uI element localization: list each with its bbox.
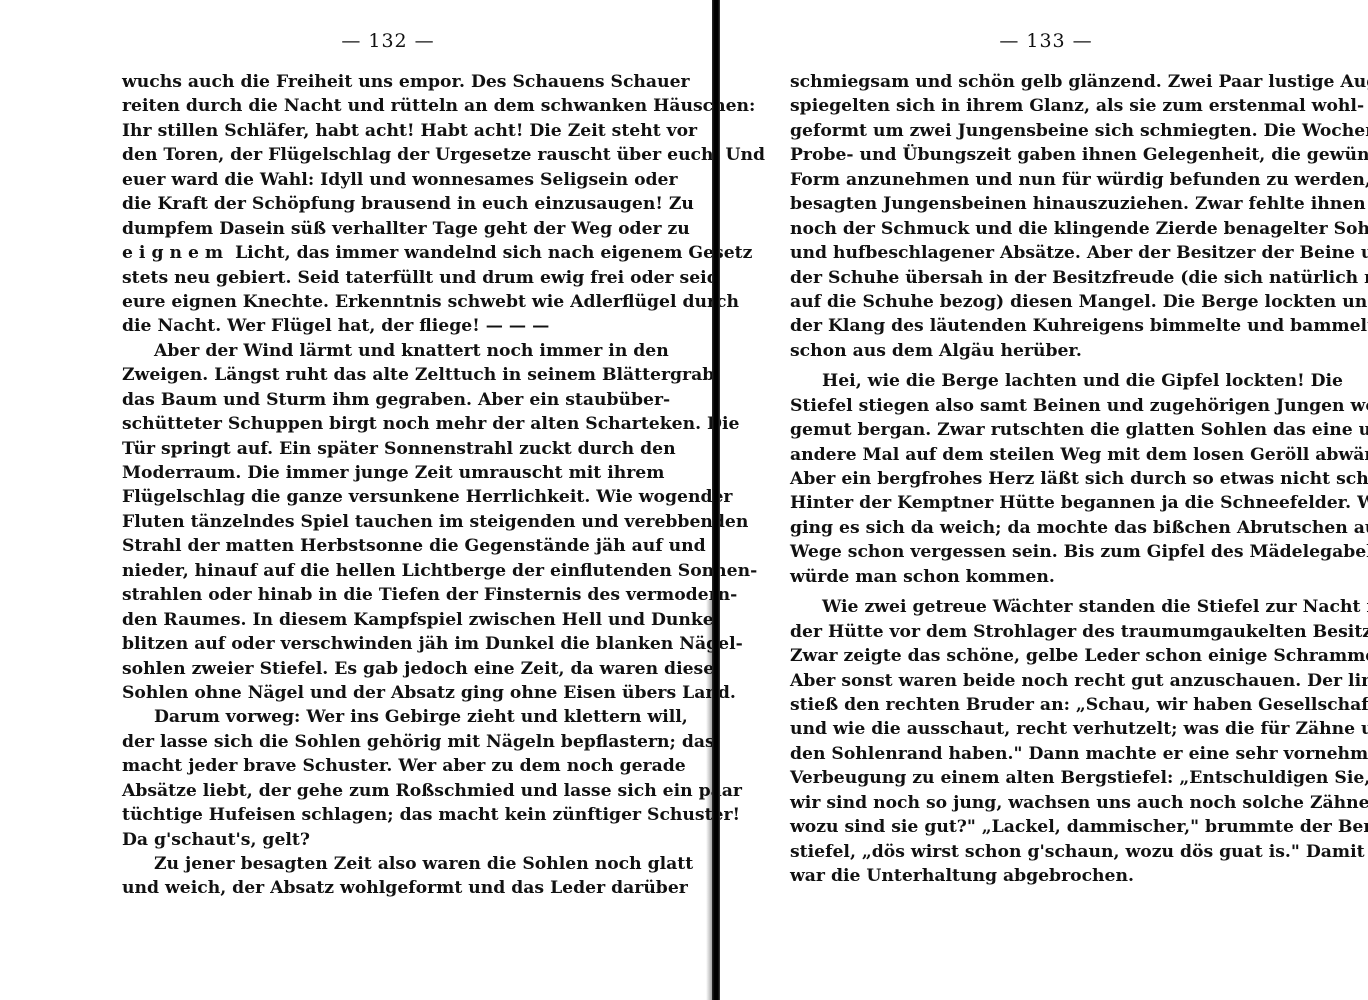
text-line: Aber der Wind lärmt und knattert noch im… bbox=[122, 339, 652, 363]
text-line: Moderraum. Die immer junge Zeit umrausch… bbox=[122, 461, 652, 485]
text-line: Strahl der matten Herbstsonne die Gegens… bbox=[122, 534, 652, 558]
text-line: gemut bergan. Zwar rutschten die glatten… bbox=[790, 418, 1324, 442]
text-line: andere Mal auf dem steilen Weg mit dem l… bbox=[790, 443, 1324, 467]
page-number-left: — 132 — bbox=[288, 30, 488, 52]
text-line: stiefel, „dös wirst schon g'schaun, wozu… bbox=[790, 840, 1324, 864]
text-line: Hinter der Kemptner Hütte begannen ja di… bbox=[790, 491, 1324, 515]
text-line: Absätze liebt, der gehe zum Roßschmied u… bbox=[122, 779, 652, 803]
text-line: Form anzunehmen und nun für würdig befun… bbox=[790, 168, 1324, 192]
text-line: schmiegsam und schön gelb glänzend. Zwei… bbox=[790, 70, 1324, 94]
text-line: dumpfem Dasein süß verhallter Tage geht … bbox=[122, 217, 652, 241]
right-page: — 133 — schmiegsam und schön gelb glänze… bbox=[722, 0, 1368, 1000]
text-line: den Sohlenrand haben." Dann machte er ei… bbox=[790, 742, 1324, 766]
emphasized-word: eignem bbox=[122, 243, 229, 263]
text-line: blitzen auf oder verschwinden jäh im Dun… bbox=[122, 632, 652, 656]
text-line: Ihr stillen Schläfer, habt acht! Habt ac… bbox=[122, 119, 652, 143]
book-spread: — 132 — wuchs auch die Freiheit uns empo… bbox=[0, 0, 1368, 1000]
text-line: Sohlen ohne Nägel und der Absatz ging oh… bbox=[122, 681, 652, 705]
text-line: tüchtige Hufeisen schlagen; das macht ke… bbox=[122, 803, 652, 827]
text-line: der Klang des läutenden Kuhreigens bimme… bbox=[790, 314, 1324, 338]
left-page: — 132 — wuchs auch die Freiheit uns empo… bbox=[0, 0, 712, 1000]
text-line: eignem Licht, das immer wandelnd sich na… bbox=[122, 241, 652, 265]
text-line: macht jeder brave Schuster. Wer aber zu … bbox=[122, 754, 652, 778]
text-line: sohlen zweier Stiefel. Es gab jedoch ein… bbox=[122, 657, 652, 681]
text-line: wozu sind sie gut?" „Lackel, dammischer,… bbox=[790, 815, 1324, 839]
text-line: geformt um zwei Jungensbeine sich schmie… bbox=[790, 119, 1324, 143]
text-line: Tür springt auf. Ein später Sonnenstrahl… bbox=[122, 437, 652, 461]
text-line: Darum vorweg: Wer ins Gebirge zieht und … bbox=[122, 705, 652, 729]
text-line: Zweigen. Längst ruht das alte Zelttuch i… bbox=[122, 363, 652, 387]
text-line: der lasse sich die Sohlen gehörig mit Nä… bbox=[122, 730, 652, 754]
text-line: noch der Schmuck und die klingende Zierd… bbox=[790, 217, 1324, 241]
text-line: strahlen oder hinab in die Tiefen der Fi… bbox=[122, 583, 652, 607]
text-line: wir sind noch so jung, wachsen uns auch … bbox=[790, 791, 1324, 815]
text-line: war die Unterhaltung abgebrochen. bbox=[790, 864, 1324, 888]
text-line: ging es sich da weich; da mochte das biß… bbox=[790, 516, 1324, 540]
text-line: der Schuhe übersah in der Besitzfreude (… bbox=[790, 266, 1324, 290]
text-line: Stiefel stiegen also samt Beinen und zug… bbox=[790, 394, 1324, 418]
text-line: nieder, hinauf auf die hellen Lichtberge… bbox=[122, 559, 652, 583]
text-line: Wie zwei getreue Wächter standen die Sti… bbox=[790, 595, 1324, 619]
text-line: Aber sonst waren beide noch recht gut an… bbox=[790, 669, 1324, 693]
text-line: würde man schon kommen. bbox=[790, 565, 1324, 589]
text-line: schütteter Schuppen birgt noch mehr der … bbox=[122, 412, 652, 436]
text-line: auf die Schuhe bezog) diesen Mangel. Die… bbox=[790, 290, 1324, 314]
text-line: Wege schon vergessen sein. Bis zum Gipfe… bbox=[790, 540, 1324, 564]
text-line: die Kraft der Schöpfung brausend in euch… bbox=[122, 192, 652, 216]
book-gutter bbox=[712, 0, 720, 1000]
text-line: Flügelschlag die ganze versunkene Herrli… bbox=[122, 485, 652, 509]
text-line: schon aus dem Algäu herüber. bbox=[790, 339, 1324, 363]
text-line: Da g'schaut's, gelt? bbox=[122, 828, 652, 852]
text-line: eure eignen Knechte. Erkenntnis schwebt … bbox=[122, 290, 652, 314]
text-line: Aber ein bergfrohes Herz läßt sich durch… bbox=[790, 467, 1324, 491]
text-line: Fluten tänzelndes Spiel tauchen im steig… bbox=[122, 510, 652, 534]
text-line: wuchs auch die Freiheit uns empor. Des S… bbox=[122, 70, 652, 94]
text-line: Zu jener besagten Zeit also waren die So… bbox=[122, 852, 652, 876]
text-line: stieß den rechten Bruder an: „Schau, wir… bbox=[790, 693, 1324, 717]
left-page-text: wuchs auch die Freiheit uns empor. Des S… bbox=[122, 70, 652, 901]
text-line-rest: Licht, das immer wandelnd sich nach eige… bbox=[229, 243, 752, 263]
text-line: der Hütte vor dem Strohlager des traumum… bbox=[790, 620, 1324, 644]
text-line: den Raumes. In diesem Kampfspiel zwische… bbox=[122, 608, 652, 632]
page-number-right: — 133 — bbox=[946, 30, 1146, 52]
text-line: reiten durch die Nacht und rütteln an de… bbox=[122, 94, 652, 118]
text-line: die Nacht. Wer Flügel hat, der fliege! —… bbox=[122, 314, 652, 338]
right-page-text: schmiegsam und schön gelb glänzend. Zwei… bbox=[790, 70, 1324, 888]
text-line: das Baum und Sturm ihm gegraben. Aber ei… bbox=[122, 388, 652, 412]
text-line: den Toren, der Flügelschlag der Urgesetz… bbox=[122, 143, 652, 167]
text-line: besagten Jungensbeinen hinauszuziehen. Z… bbox=[790, 192, 1324, 216]
text-line: euer ward die Wahl: Idyll und wonnesames… bbox=[122, 168, 652, 192]
text-line: Zwar zeigte das schöne, gelbe Leder scho… bbox=[790, 644, 1324, 668]
text-line: Verbeugung zu einem alten Bergstiefel: „… bbox=[790, 766, 1324, 790]
text-line: Hei, wie die Berge lachten und die Gipfe… bbox=[790, 369, 1324, 393]
text-line: Probe- und Übungszeit gaben ihnen Gelege… bbox=[790, 143, 1324, 167]
text-line: und wie die ausschaut, recht verhutzelt;… bbox=[790, 717, 1324, 741]
text-line: stets neu gebiert. Seid taterfüllt und d… bbox=[122, 266, 652, 290]
text-line: und hufbeschlagener Absätze. Aber der Be… bbox=[790, 241, 1324, 265]
text-line: spiegelten sich in ihrem Glanz, als sie … bbox=[790, 94, 1324, 118]
text-line: und weich, der Absatz wohlgeformt und da… bbox=[122, 876, 652, 900]
